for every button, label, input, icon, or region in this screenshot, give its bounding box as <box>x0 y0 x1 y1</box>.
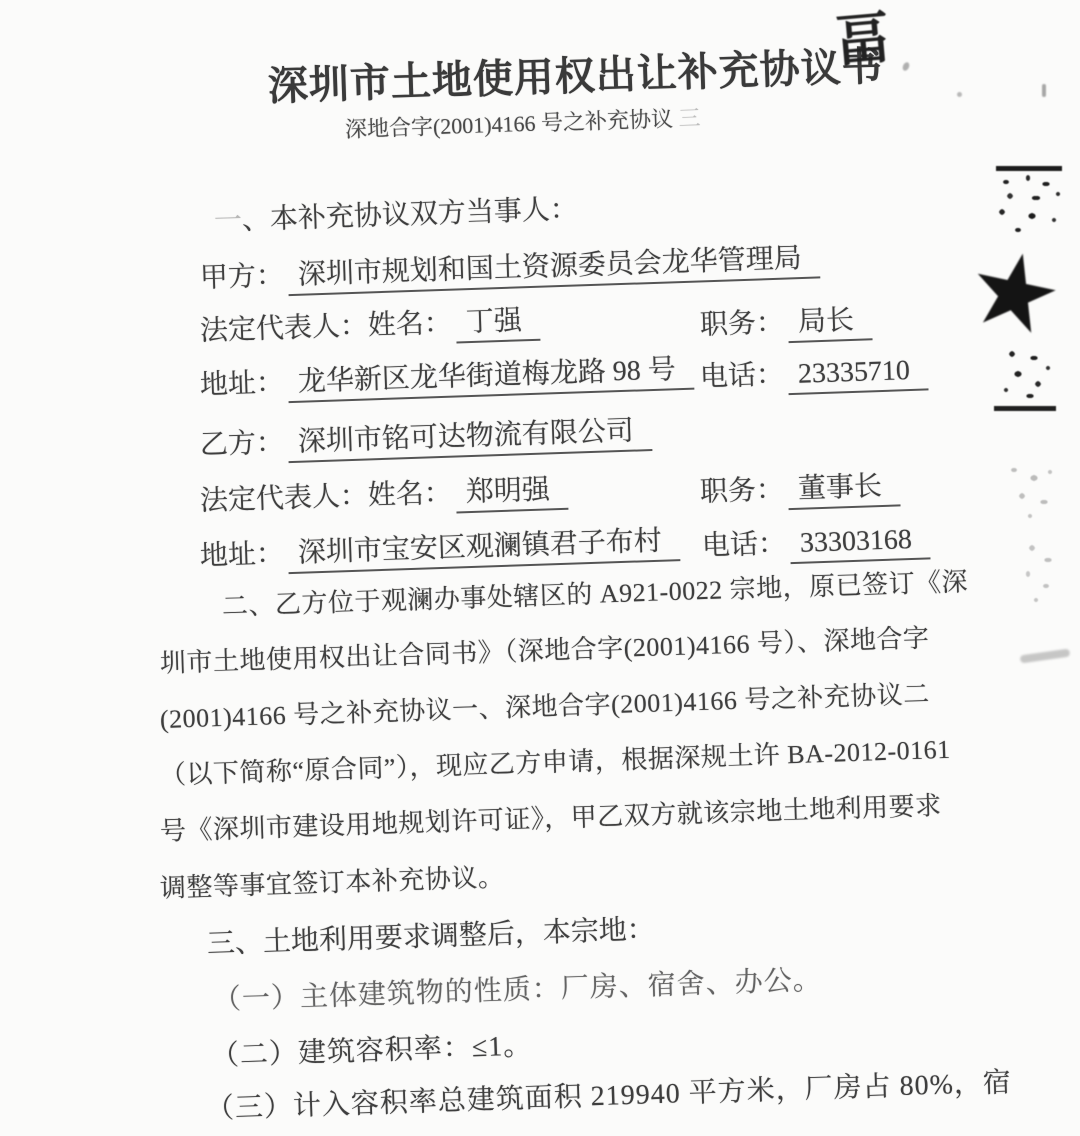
addr-a-row: 地址：龙华新区龙华街道梅龙路 98 号 <box>199 354 694 403</box>
party-b-label: 乙方： <box>199 427 284 461</box>
party-a-row: 甲方：深圳市规划和国土资源委员会龙华管理局 <box>199 242 820 295</box>
addr-a-label: 地址： <box>199 367 284 401</box>
rep-a-row: 法定代表人：姓名：丁强 <box>199 305 540 348</box>
section-three-heading: 三、土地利用要求调整后，本宗地： <box>206 914 655 961</box>
party-a-label: 甲方： <box>199 260 284 294</box>
paragraph-two-line-4: （以下简称“原合同”），现应乙方申请，根据深规土许 BA-2012-0161 <box>160 735 952 791</box>
ink-smudge <box>1000 462 1062 526</box>
section-one-heading-text: 、本补充协议双方当事人： <box>241 194 578 236</box>
addr-b-label: 地址： <box>199 538 284 572</box>
ink-dot <box>1042 84 1046 97</box>
rep-b-label: 法定代表人：姓名： <box>199 478 452 517</box>
party-b-row: 乙方：深圳市铭可达物流有限公司 <box>199 415 652 462</box>
subtitle-suffix: 三 <box>678 105 701 131</box>
rep-a-label: 法定代表人：姓名： <box>199 308 452 347</box>
tel-b-label: 电话： <box>701 528 786 562</box>
job-a-value: 局长 <box>787 304 872 343</box>
section-one-heading: 一、本补充协议双方当事人： <box>213 194 578 238</box>
document-title: 深圳市土地使用权出让补充协议书 <box>267 44 883 110</box>
job-a-row: 职务：局长 <box>699 304 872 342</box>
ink-dash <box>1020 649 1071 664</box>
job-b-value: 董事长 <box>787 470 900 510</box>
handwritten-ink-mark: 畐 <box>833 10 894 71</box>
paragraph-two-line-5: 号《深圳市建设用地规划许可证》，甲乙双方就该宗地土地利用要求 <box>160 791 943 847</box>
rep-a-value: 丁强 <box>455 305 540 344</box>
addr-b-value: 深圳市宝安区观澜镇君子布村 <box>287 525 680 574</box>
tel-a-value: 23335710 <box>787 354 928 395</box>
document-subtitle: 深地合字(2001)4166 号之补充协议 三 <box>345 105 701 142</box>
paragraph-two-line-3: (2001)4166 号之补充协议一、深地合字(2001)4166 号之补充协议… <box>160 679 931 734</box>
party-a-value: 深圳市规划和国土资源委员会龙华管理局 <box>287 242 820 296</box>
section-three-item-3: （三）计入容积率总建筑面积 219940 平方米，厂房占 80%，宿 <box>205 1067 1012 1126</box>
tel-a-label: 电话： <box>699 359 784 393</box>
tel-a-row: 电话：23335710 <box>699 354 928 394</box>
addr-a-value: 龙华新区龙华街道梅龙路 98 号 <box>287 354 694 403</box>
ink-dot <box>957 92 962 97</box>
job-a-label: 职务： <box>699 307 784 341</box>
rep-b-value: 郑明强 <box>455 474 568 514</box>
ink-smudge <box>1012 538 1068 608</box>
tel-b-row: 电话：33303168 <box>701 523 930 563</box>
seal-fragment-smudge <box>992 344 1062 416</box>
subtitle-text: 深地合字(2001)4166 号之补充协议 <box>345 106 674 142</box>
job-b-label: 职务： <box>699 474 784 508</box>
rep-b-row: 法定代表人：姓名：郑明强 <box>199 474 568 518</box>
scanned-document: 深圳市土地使用权出让补充协议书 深地合字(2001)4166 号之补充协议 三 … <box>0 0 1080 1136</box>
paragraph-two-line-2: 圳市土地使用权出让合同书》（深地合字(2001)4166 号）、深地合字 <box>160 623 930 678</box>
paragraph-two-line-6: 调整等事宜签订本补充协议。 <box>160 863 505 904</box>
section-three-item-2: （二）建筑容积率：≤1。 <box>210 1030 532 1073</box>
section-one-number: 一 <box>213 205 242 237</box>
ink-dot <box>901 61 910 72</box>
job-b-row: 职务：董事长 <box>699 470 900 509</box>
paragraph-two-line-1: 二、乙方位于观澜办事处辖区的 A921-0022 宗地，原已签订《深 <box>222 567 969 622</box>
seal-star-icon: ★ <box>958 231 1071 352</box>
party-b-value: 深圳市铭可达物流有限公司 <box>287 415 652 463</box>
section-three-item-1: （一）主体建筑物的性质：厂房、宿舍、办公。 <box>212 965 822 1017</box>
addr-b-row: 地址：深圳市宝安区观澜镇君子布村 <box>199 525 680 573</box>
tel-b-value: 33303168 <box>789 523 930 564</box>
